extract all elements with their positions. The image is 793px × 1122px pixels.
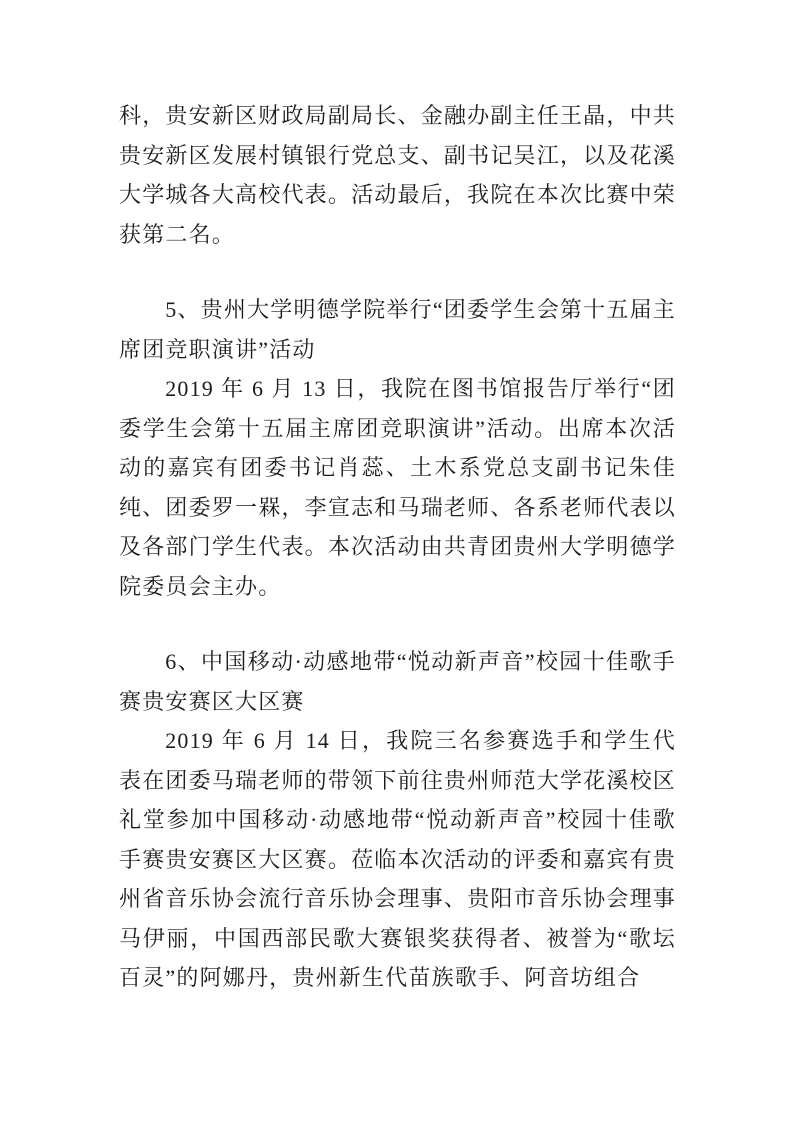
section-heading-5: 5、贵州大学明德学院举行“团委学生会第十五届主席团竞职演讲”活动	[119, 290, 676, 369]
paragraph-section-6-body: 2019 年 6 月 14 日，我院三名参赛选手和学生代表在团委马瑞老师的带领下…	[119, 721, 676, 998]
section-heading-6: 6、中国移动·动感地带“悦动新声音”校园十佳歌手赛贵安赛区大区赛	[119, 642, 676, 721]
document-page: 科，贵安新区财政局副局长、金融办副主任王晶，中共贵安新区发展村镇银行党总支、副书…	[0, 0, 793, 1122]
paragraph-continuation: 科，贵安新区财政局副局长、金融办副主任王晶，中共贵安新区发展村镇银行党总支、副书…	[119, 96, 676, 254]
paragraph-section-5-body: 2019 年 6 月 13 日，我院在图书馆报告厅举行“团委学生会第十五届主席团…	[119, 369, 676, 606]
document-text-body: 科，贵安新区财政局副局长、金融办副主任王晶，中共贵安新区发展村镇银行党总支、副书…	[119, 96, 676, 998]
